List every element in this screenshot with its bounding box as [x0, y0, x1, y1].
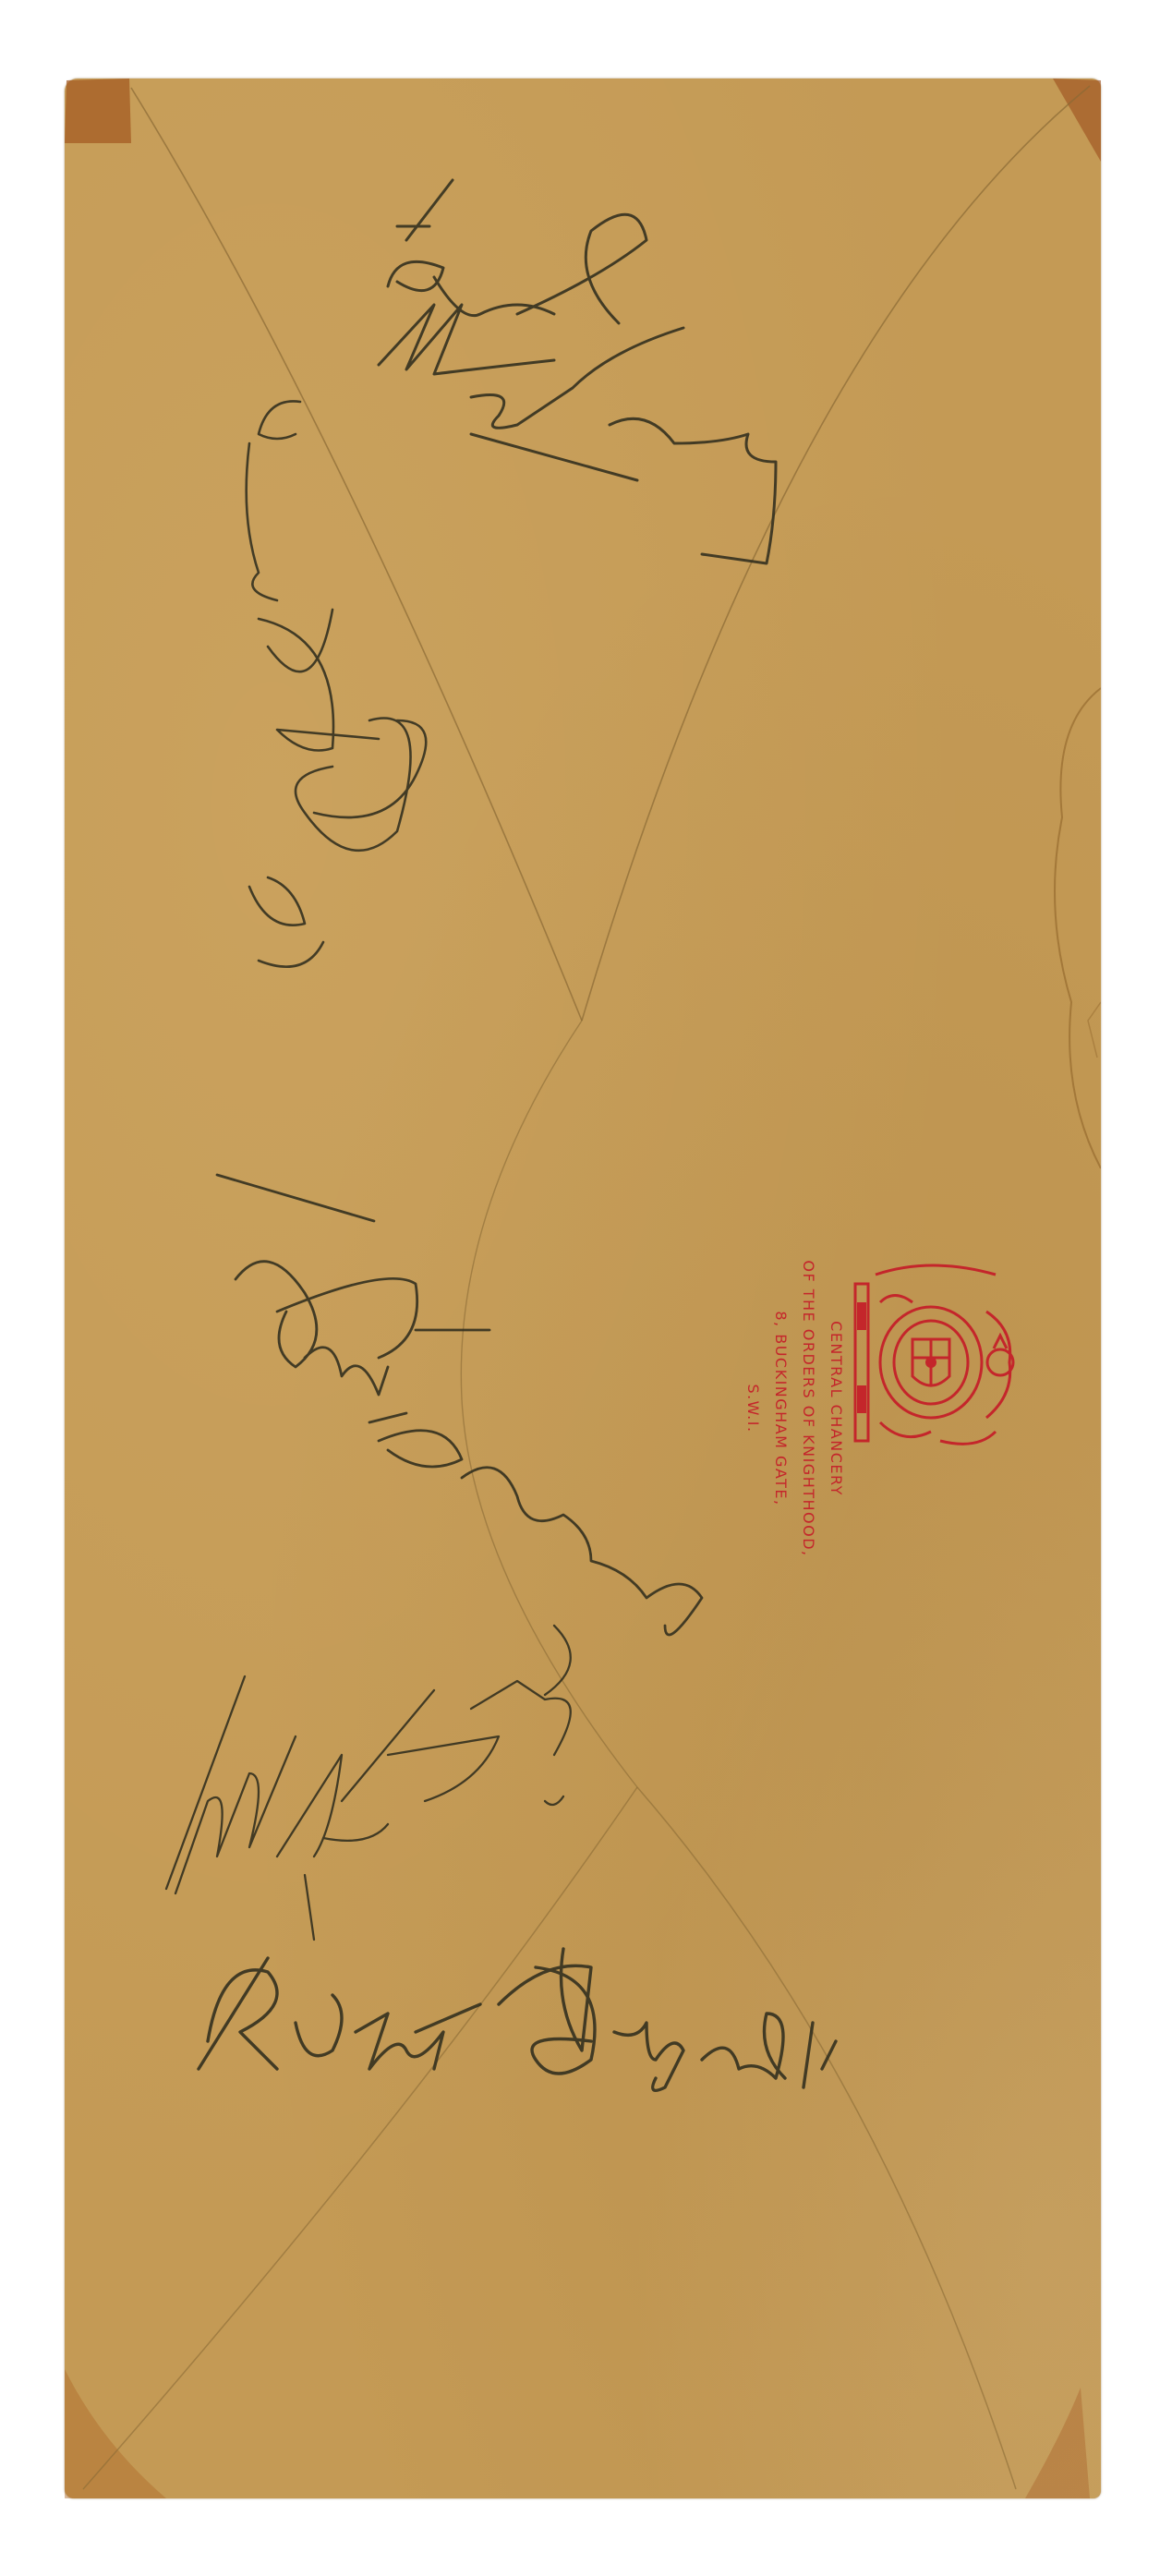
corner-stain-top-left [65, 79, 131, 143]
letterhead-line-4: S.W.I. [739, 1215, 767, 1602]
corner-stain-bottom-right [1025, 2388, 1090, 2498]
signature-label-3: John Lennon [0, 0, 1, 1]
corner-stain-top-right [1053, 79, 1101, 162]
signature-label-2: George Harrison [0, 0, 1, 1]
envelope: CENTRAL CHANCERY OF THE ORDERS OF KNIGHT… [65, 79, 1101, 2498]
signature-label-1: Paul McCartney [0, 0, 1, 1]
corner-stain-bottom-left [65, 2369, 166, 2498]
letterhead-line-2: OF THE ORDERS OF KNIGHTHOOD, [794, 1215, 822, 1602]
signature-label-5: Robert Dougall [0, 0, 1, 1]
royal-coat-of-arms-icon [839, 1247, 1023, 1469]
photo-stage: CENTRAL CHANCERY OF THE ORDERS OF KNIGHT… [0, 0, 1172, 2576]
letterhead-line-3: 8, BUCKINGHAM GATE, [767, 1215, 794, 1602]
signature-label-4: Ringo Starr [0, 0, 1, 1]
letterhead-address: CENTRAL CHANCERY OF THE ORDERS OF KNIGHT… [683, 1215, 850, 1602]
